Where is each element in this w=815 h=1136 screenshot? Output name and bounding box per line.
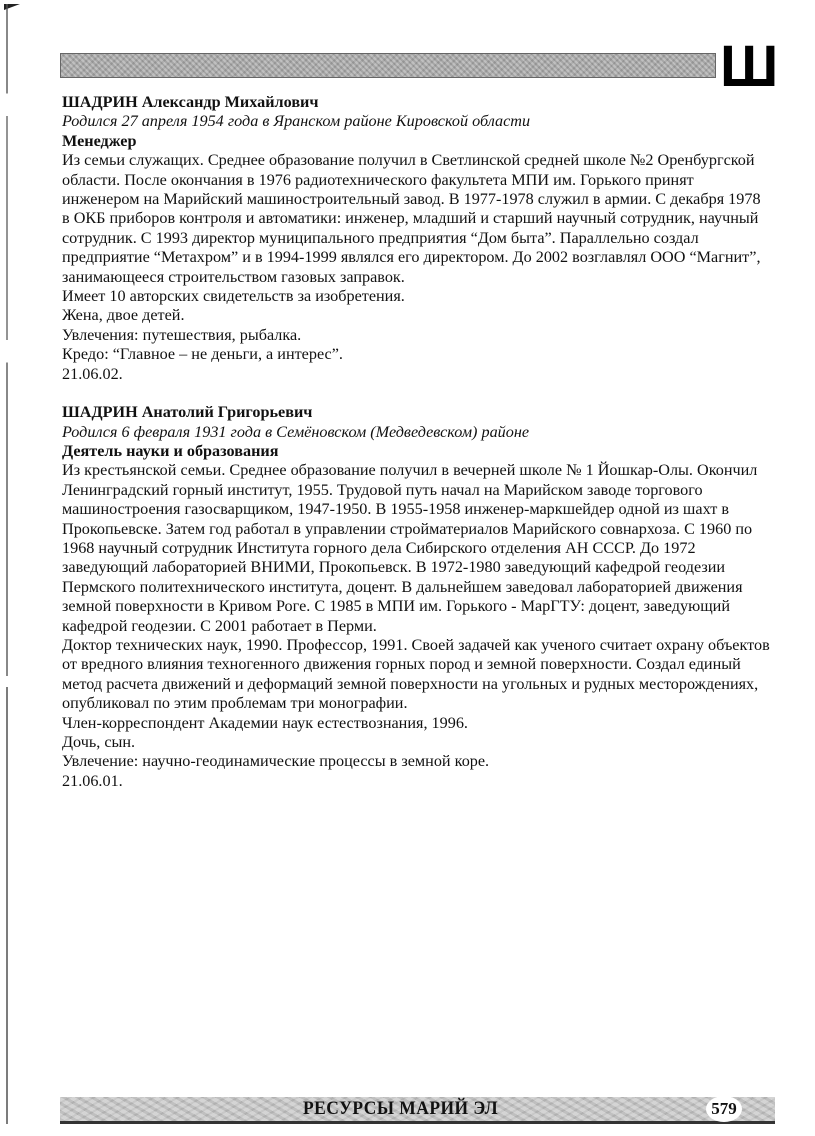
footer-title: РЕСУРСЫ МАРИЙ ЭЛ bbox=[303, 1097, 498, 1121]
biography-paragraph: Кредо: “Главное – не деньги, а интерес”. bbox=[62, 345, 772, 364]
profession: Деятель науки и образования bbox=[62, 442, 772, 461]
page-content: ШАДРИН Александр Михайлович Родился 27 а… bbox=[62, 93, 772, 810]
biography-paragraph: Увлечение: научно-геодинамические процес… bbox=[62, 752, 772, 771]
entry-date: 21.06.02. bbox=[62, 365, 772, 384]
person-name: ШАДРИН Александр Михайлович bbox=[62, 93, 772, 112]
biography-paragraph: Из семьи служащих. Среднее образование п… bbox=[62, 151, 772, 287]
section-letter: Ш bbox=[720, 38, 778, 96]
person-name: ШАДРИН Анатолий Григорьевич bbox=[62, 403, 772, 422]
page-number: 579 bbox=[706, 1096, 742, 1122]
birth-info: Родился 6 февраля 1931 года в Семёновско… bbox=[62, 423, 772, 442]
biography-paragraph: Из крестьянской семьи. Среднее образован… bbox=[62, 461, 772, 636]
biography-paragraph: Жена, двое детей. bbox=[62, 306, 772, 325]
biography-paragraph: Дочь, сын. bbox=[62, 733, 772, 752]
profession: Менеджер bbox=[62, 132, 772, 151]
birth-info: Родился 27 апреля 1954 года в Яранском р… bbox=[62, 112, 772, 131]
biography-paragraph: Доктор технических наук, 1990. Профессор… bbox=[62, 636, 772, 714]
header-decorative-bar bbox=[60, 53, 716, 78]
biography-paragraph: Увлечения: путешествия, рыбалка. bbox=[62, 326, 772, 345]
biography-entry: ШАДРИН Александр Михайлович Родился 27 а… bbox=[62, 93, 772, 384]
biography-paragraph: Член-корреспондент Академии наук естеств… bbox=[62, 714, 772, 733]
scan-margin-line bbox=[6, 4, 8, 1124]
biography-paragraph: Имеет 10 авторских свидетельств за изобр… bbox=[62, 287, 772, 306]
biography-entry: ШАДРИН Анатолий Григорьевич Родился 6 фе… bbox=[62, 403, 772, 791]
entry-date: 21.06.01. bbox=[62, 772, 772, 791]
